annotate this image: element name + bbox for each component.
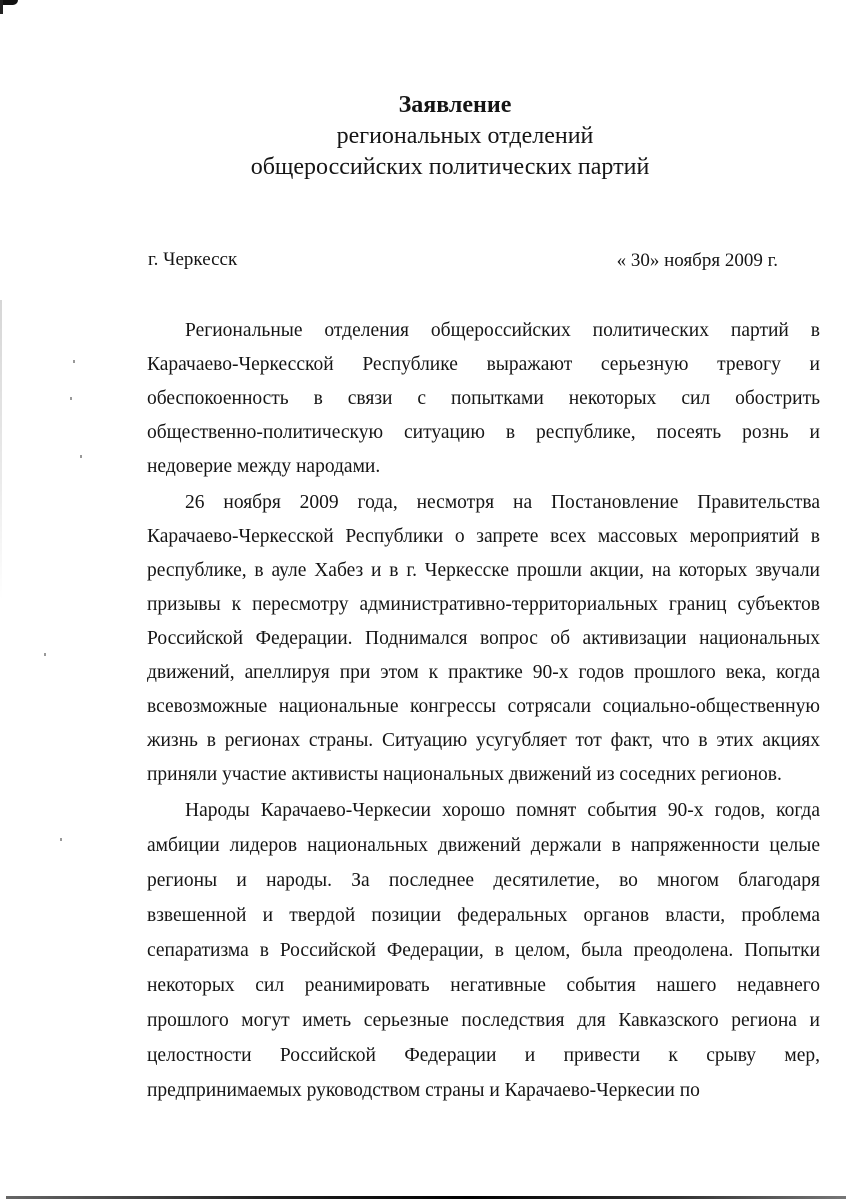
document-title: Заявление xyxy=(0,91,850,119)
scanned-document-page: Заявление региональных отделений общерос… xyxy=(0,0,850,1201)
text-line: жизнь в регионах страны. Ситуацию усугуб… xyxy=(147,729,820,753)
scan-left-edge-shadow xyxy=(0,300,2,600)
document-city: г. Черкесск xyxy=(148,249,237,271)
text-line: Карачаево-Черкесской Республики о запрет… xyxy=(147,525,820,549)
document-subtitle-line-2: общероссийских политических партий xyxy=(0,153,850,181)
text-line: общественно-политическую ситуацию в респ… xyxy=(147,421,820,445)
text-line: всевозможные национальные конгрессы сотр… xyxy=(147,695,820,719)
text-line: взвешенной и твердой позиции федеральных… xyxy=(147,904,820,928)
scan-corner-mark-vertical xyxy=(0,0,3,14)
text-line: недоверие между народами. xyxy=(147,455,820,479)
text-line: движений, апеллируя при этом к практике … xyxy=(147,661,820,685)
text-line: республике, в ауле Хабез и в г. Черкесск… xyxy=(147,559,820,583)
scan-speck xyxy=(60,838,62,841)
text-line: Региональные отделения общероссийских по… xyxy=(185,319,820,343)
text-line: приняли участие активисты национальных д… xyxy=(147,763,820,787)
text-line: амбиции лидеров национальных движений де… xyxy=(147,834,820,858)
text-line: предпринимаемых руководством страны и Ка… xyxy=(147,1079,820,1103)
scan-bottom-edge-line xyxy=(6,1196,846,1199)
document-subtitle-line-1: региональных отделений xyxy=(0,122,850,150)
text-line: призывы к пересмотру административно-тер… xyxy=(147,593,820,617)
scan-speck xyxy=(80,455,82,458)
scan-speck xyxy=(44,653,46,656)
text-line: Народы Карачаево-Черкесии хорошо помнят … xyxy=(185,799,820,823)
document-date: « 30» ноября 2009 г. xyxy=(617,250,778,272)
text-line: целостности Российской Федерации и приве… xyxy=(147,1044,820,1068)
text-line: обеспокоенность в связи с попытками неко… xyxy=(147,387,820,411)
text-line: сепаратизма в Российской Федерации, в це… xyxy=(147,939,820,963)
text-line: регионы и народы. За последнее десятилет… xyxy=(147,869,820,893)
text-line: Российской Федерации. Поднимался вопрос … xyxy=(147,627,820,651)
scan-speck xyxy=(70,397,72,400)
text-line: прошлого могут иметь серьезные последств… xyxy=(147,1009,820,1033)
text-line: Карачаево-Черкесской Республике выражают… xyxy=(147,353,820,377)
text-line: некоторых сил реанимировать негативные с… xyxy=(147,974,820,998)
text-line: 26 ноября 2009 года, несмотря на Постано… xyxy=(185,491,820,515)
scan-speck xyxy=(73,360,75,363)
